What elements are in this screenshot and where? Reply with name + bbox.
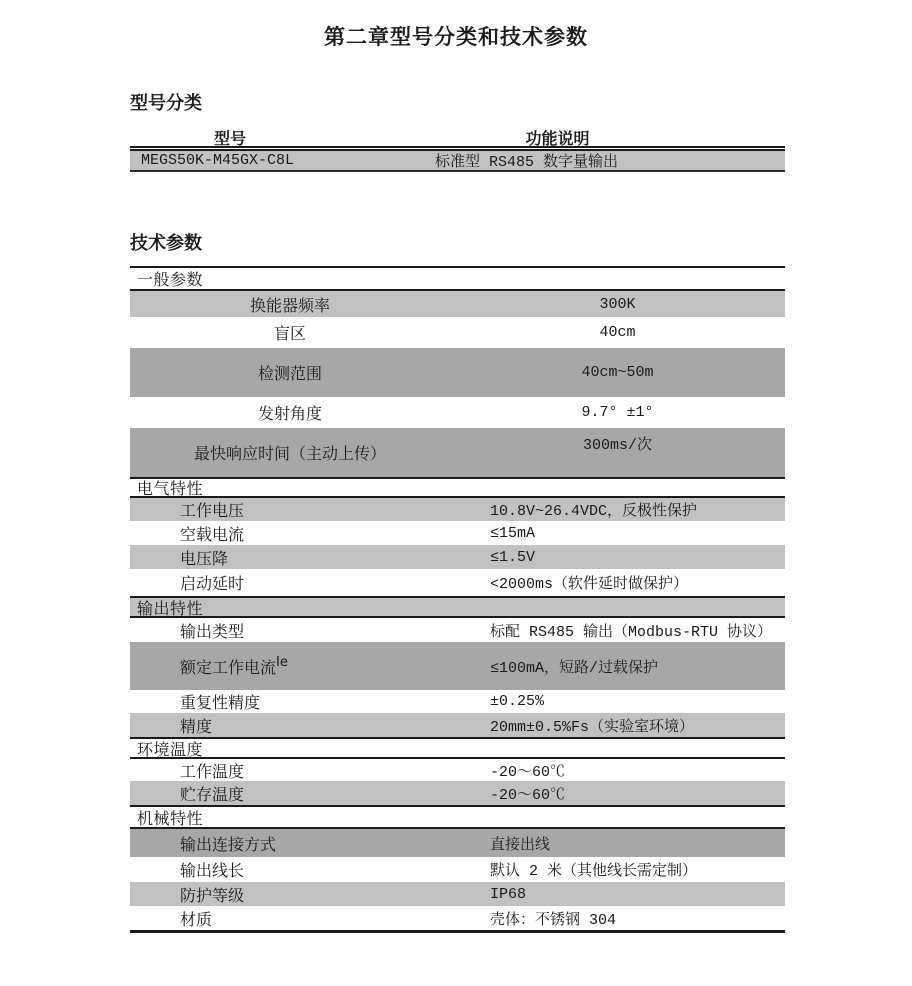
spec-row: 电压降≤1.5V xyxy=(130,545,785,569)
spec-value-cell: 直接出线 xyxy=(450,833,785,854)
spec-value: ±0.25% xyxy=(490,693,544,710)
page-content: 型号分类 型号 功能说明 MEGS50K-M45GX-C8L 标准型 RS485… xyxy=(130,92,785,933)
spec-label: 电压降 xyxy=(180,546,228,569)
spec-value: 40cm~50m xyxy=(581,364,653,381)
spec-value-cell: 默认 2 米（其他线长需定制） xyxy=(450,859,785,880)
spec-label-suffix: Ie xyxy=(276,655,288,670)
spec-value: 壳体：不锈钢 304 xyxy=(490,908,616,929)
spec-row: 工作电压10.8V~26.4VDC，反极性保护 xyxy=(130,498,785,521)
model-table-header: 型号 功能说明 xyxy=(130,129,785,151)
model-description: 标准型 RS485 数字量输出 xyxy=(330,150,785,171)
spec-group-header: 环境温度 xyxy=(130,737,785,759)
spec-value-cell: 9.7° ±1° xyxy=(450,404,785,421)
spec-label-cell: 启动延时 xyxy=(130,571,450,594)
spec-label-cell: 输出连接方式 xyxy=(130,832,450,855)
spec-row: 贮存温度-20～60℃ xyxy=(130,781,785,805)
spec-label: 输出类型 xyxy=(180,619,244,642)
spec-row: 检测范围40cm~50m xyxy=(130,348,785,397)
spec-group-label: 电气特性 xyxy=(137,476,203,499)
spec-row: 空载电流≤15mA xyxy=(130,521,785,545)
spec-label-cell: 重复性精度 xyxy=(130,690,450,713)
spec-label-cell: 空载电流 xyxy=(130,522,450,545)
spec-row: 输出连接方式直接出线 xyxy=(130,829,785,857)
spec-value-cell: 标配 RS485 输出（Modbus-RTU 协议） xyxy=(450,620,785,641)
spec-row: 重复性精度±0.25% xyxy=(130,690,785,713)
spec-label-cell: 防护等级 xyxy=(130,883,450,906)
spec-value-cell: 10.8V~26.4VDC，反极性保护 xyxy=(450,499,785,520)
spec-value-cell: ≤15mA xyxy=(450,525,785,542)
spec-row: 换能器频率300K xyxy=(130,291,785,317)
description-column-header: 功能说明 xyxy=(330,126,785,149)
spec-value: <2000ms（软件延时做保护） xyxy=(490,572,688,593)
spec-label-cell: 工作电压 xyxy=(130,498,450,521)
spec-value: 9.7° ±1° xyxy=(581,404,653,421)
spec-row: 精度20mm±0.5%Fs（实验室环境） xyxy=(130,713,785,737)
spec-label: 材质 xyxy=(180,907,212,930)
spec-group-label: 环境温度 xyxy=(137,737,203,760)
spec-value-cell: 300K xyxy=(450,296,785,313)
spec-value-cell: ≤100mA，短路/过载保护 xyxy=(450,656,785,677)
spec-value: -20～60℃ xyxy=(490,783,565,804)
spec-label: 额定工作电流 xyxy=(180,655,276,678)
spec-value: ≤15mA xyxy=(490,525,535,542)
spec-row: 盲区40cm xyxy=(130,317,785,348)
spec-value: -20～60℃ xyxy=(490,760,565,781)
spec-table: 一般参数换能器频率300K盲区40cm检测范围40cm~50m发射角度9.7° … xyxy=(130,266,785,933)
spec-value: 直接出线 xyxy=(490,833,550,854)
spec-label: 检测范围 xyxy=(258,361,322,384)
spec-row: 发射角度9.7° ±1° xyxy=(130,397,785,428)
spec-row: 材质壳体：不锈钢 304 xyxy=(130,906,785,930)
spec-value-cell: -20～60℃ xyxy=(450,783,785,804)
spec-label-cell: 最快响应时间（主动上传） xyxy=(130,441,450,464)
spec-label-cell: 电压降 xyxy=(130,546,450,569)
spec-value-cell: 40cm xyxy=(450,324,785,341)
spec-label-cell: 材质 xyxy=(130,907,450,930)
spec-value: IP68 xyxy=(490,886,526,903)
spec-row: 额定工作电流Ie≤100mA，短路/过载保护 xyxy=(130,642,785,690)
spec-value: 默认 2 米（其他线长需定制） xyxy=(490,859,697,880)
spec-value-cell: 40cm~50m xyxy=(450,364,785,381)
spec-value-cell: -20～60℃ xyxy=(450,760,785,781)
document-page: 第二章型号分类和技术参数 型号分类 型号 功能说明 MEGS50K-M45GX-… xyxy=(0,0,912,986)
spec-label: 启动延时 xyxy=(180,571,244,594)
spec-row: 输出线长默认 2 米（其他线长需定制） xyxy=(130,857,785,882)
spec-label: 换能器频率 xyxy=(250,293,330,316)
spec-group-label: 一般参数 xyxy=(137,267,203,290)
model-table: 型号 功能说明 MEGS50K-M45GX-C8L 标准型 RS485 数字量输… xyxy=(130,129,785,172)
spec-value-cell: ≤1.5V xyxy=(450,549,785,566)
spec-group-label: 输出特性 xyxy=(137,596,203,619)
spec-label: 输出线长 xyxy=(180,858,244,881)
spec-label-cell: 换能器频率 xyxy=(130,293,450,316)
spec-value: 300ms/次 xyxy=(583,433,652,454)
spec-value: 20mm±0.5%Fs（实验室环境） xyxy=(490,715,694,736)
spec-group-header: 电气特性 xyxy=(130,477,785,498)
spec-value: 10.8V~26.4VDC，反极性保护 xyxy=(490,499,697,520)
model-column-header: 型号 xyxy=(130,126,330,149)
spec-label: 工作电压 xyxy=(180,498,244,521)
spec-label: 盲区 xyxy=(274,321,306,344)
spec-label: 工作温度 xyxy=(180,759,244,782)
spec-value-cell: <2000ms（软件延时做保护） xyxy=(450,572,785,593)
page-title: 第二章型号分类和技术参数 xyxy=(0,0,912,50)
spec-label-cell: 精度 xyxy=(130,714,450,737)
spec-row: 最快响应时间（主动上传）300ms/次 xyxy=(130,428,785,477)
spec-label: 精度 xyxy=(180,714,212,737)
model-section-heading: 型号分类 xyxy=(130,92,785,114)
spec-value: ≤1.5V xyxy=(490,549,535,566)
spec-label-cell: 输出线长 xyxy=(130,858,450,881)
spec-label: 输出连接方式 xyxy=(180,832,276,855)
spec-label: 防护等级 xyxy=(180,883,244,906)
spec-value: 标配 RS485 输出（Modbus-RTU 协议） xyxy=(490,620,772,641)
spec-value: ≤100mA，短路/过载保护 xyxy=(490,656,658,677)
spec-label-cell: 输出类型 xyxy=(130,619,450,642)
spec-section-heading: 技术参数 xyxy=(130,232,785,254)
spec-value: 40cm xyxy=(599,324,635,341)
spec-label-cell: 盲区 xyxy=(130,321,450,344)
spec-value: 300K xyxy=(599,296,635,313)
spec-group-header: 机械特性 xyxy=(130,805,785,829)
spec-row: 工作温度-20～60℃ xyxy=(130,759,785,781)
spec-label: 空载电流 xyxy=(180,522,244,545)
spec-value-cell: 300ms/次 xyxy=(450,428,785,477)
spec-row: 输出类型标配 RS485 输出（Modbus-RTU 协议） xyxy=(130,618,785,642)
spec-group-label: 机械特性 xyxy=(137,806,203,829)
spec-row: 启动延时<2000ms（软件延时做保护） xyxy=(130,569,785,596)
model-number: MEGS50K-M45GX-C8L xyxy=(130,152,330,169)
spec-value-cell: 20mm±0.5%Fs（实验室环境） xyxy=(450,715,785,736)
spec-label: 发射角度 xyxy=(258,401,322,424)
spec-label: 贮存温度 xyxy=(180,782,244,805)
spec-value-cell: ±0.25% xyxy=(450,693,785,710)
spec-label: 重复性精度 xyxy=(180,690,260,713)
spec-label-cell: 工作温度 xyxy=(130,759,450,782)
spec-label-cell: 额定工作电流Ie xyxy=(130,655,450,678)
model-table-row: MEGS50K-M45GX-C8L 标准型 RS485 数字量输出 xyxy=(130,151,785,172)
spec-value-cell: IP68 xyxy=(450,886,785,903)
spec-label-cell: 发射角度 xyxy=(130,401,450,424)
spec-label-cell: 贮存温度 xyxy=(130,782,450,805)
spec-label: 最快响应时间（主动上传） xyxy=(194,441,386,464)
spec-row: 防护等级IP68 xyxy=(130,882,785,906)
spec-group-header: 一般参数 xyxy=(130,268,785,291)
spec-value-cell: 壳体：不锈钢 304 xyxy=(450,908,785,929)
spec-label-cell: 检测范围 xyxy=(130,361,450,384)
spec-group-header: 输出特性 xyxy=(130,596,785,618)
